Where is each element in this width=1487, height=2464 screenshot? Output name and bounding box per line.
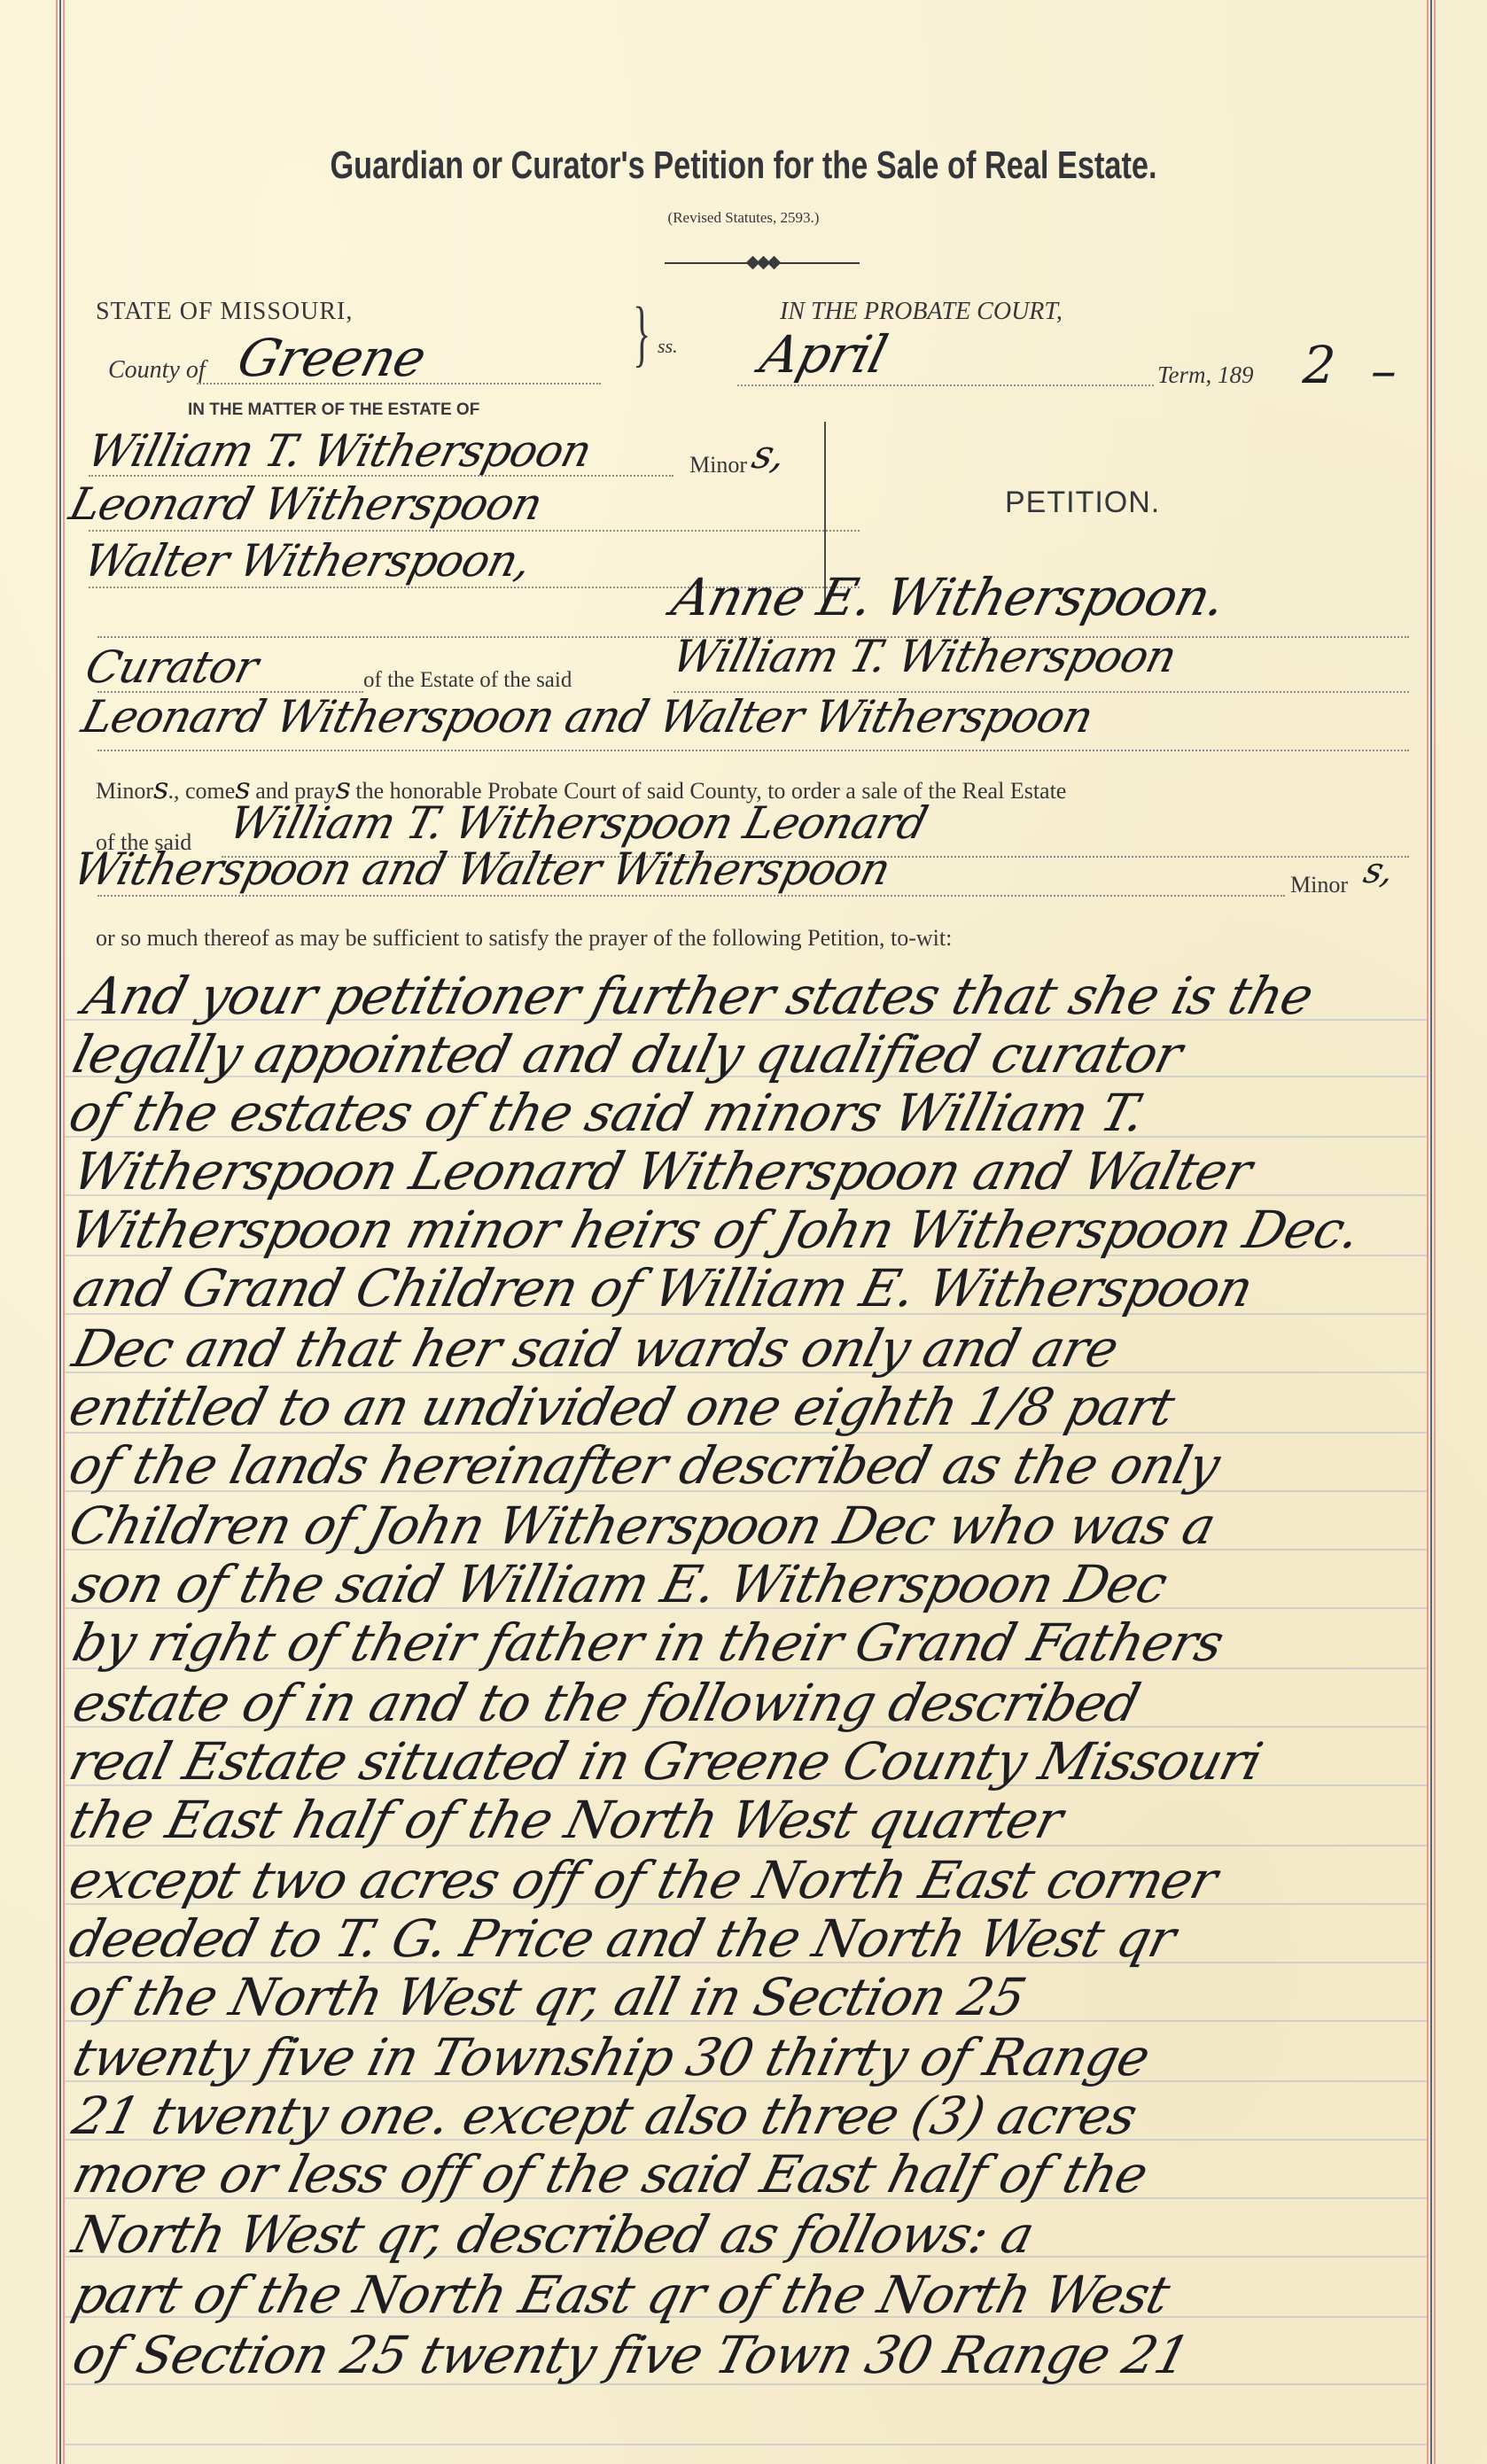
ward-line-2 <box>97 750 1409 751</box>
estate-names-line-2 <box>97 895 1285 897</box>
minor-name-3[interactable]: Walter Witherspoon, <box>79 535 536 587</box>
term-field-line <box>737 385 1154 386</box>
minor-label: Minor <box>689 452 747 478</box>
minor-fill[interactable]: s <box>153 771 167 806</box>
body-line: Witherspoon minor heirs of John Withersp… <box>64 1200 1366 1260</box>
term-month-field[interactable]: April <box>755 324 893 385</box>
body-line: 21 twenty one. except also three (3) acr… <box>67 2086 1143 2146</box>
minor-name-2[interactable]: Leonard Witherspoon <box>65 478 548 530</box>
form-subtitle: (Revised Statutes, 2593.) <box>0 209 1487 227</box>
minor-name-1[interactable]: William T. Witherspoon <box>82 425 596 477</box>
estate-of-said-label: of the Estate of the said <box>363 668 572 693</box>
body-line: Witherspoon Leonard Witherspoon and Walt… <box>67 1141 1257 1201</box>
body-line: of the estates of the said minors Willia… <box>64 1083 1151 1143</box>
ruled-line <box>65 2444 1427 2445</box>
ss-label: ss. <box>658 335 678 358</box>
body-line: And your petitioner further states that … <box>78 966 1320 1026</box>
body-line: Dec and that her said wards only and are <box>67 1318 1125 1379</box>
body-line: more or less off of the said East half o… <box>67 2144 1154 2204</box>
minor-suffix-field[interactable]: s, <box>748 432 790 478</box>
county-field[interactable]: Greene <box>232 328 432 388</box>
body-line: part of the North East qr of the North W… <box>67 2265 1176 2325</box>
minor-label-2: Minor <box>1290 872 1348 898</box>
term-dash: – <box>1365 340 1405 400</box>
sufficient-text: or so much thereof as may be sufficient … <box>96 925 952 952</box>
ward-line-2-field[interactable]: Leonard Witherspoon and Walter Witherspo… <box>77 691 1098 742</box>
role-field[interactable]: Curator <box>81 641 263 693</box>
body-line: of the lands hereinafter described as th… <box>64 1435 1226 1496</box>
minor-name-line <box>89 530 860 532</box>
body-line: twenty five in Township 30 thirty of Ran… <box>67 2027 1156 2087</box>
body-line: son of the said William E. Witherspoon D… <box>67 1554 1173 1614</box>
body-line: North West qr, described as follows: a <box>67 2204 1040 2265</box>
body-line: except two acres off of the North East c… <box>64 1850 1223 1910</box>
body-line: estate of in and to the following descri… <box>67 1673 1146 1733</box>
brace-icon: } <box>633 291 650 377</box>
body-line: and Grand Children of William E. Withers… <box>67 1258 1259 1318</box>
right-margin-rule <box>1427 0 1436 2464</box>
body-line: Children of John Witherspoon Dec who was… <box>64 1496 1221 1556</box>
body-line: real Estate situated in Greene County Mi… <box>64 1731 1268 1792</box>
body-line: legally appointed and duly qualified cur… <box>67 1024 1188 1084</box>
body-line: by right of their father in their Grand … <box>67 1613 1229 1673</box>
county-label: County of <box>108 356 206 385</box>
term-year-field[interactable]: 2 <box>1296 335 1343 395</box>
ornament-divider-icon <box>665 257 860 269</box>
body-line: the East half of the North West quarter <box>64 1790 1069 1850</box>
left-margin-rule <box>56 0 65 2464</box>
estate-names-line-2-field[interactable]: Witherspoon and Walter Witherspoon <box>68 843 895 895</box>
estate-names-line-1-field[interactable]: William T. Witherspoon Leonard <box>224 797 932 849</box>
state-label: STATE OF MISSOURI, <box>96 298 353 326</box>
petition-heading: PETITION. <box>1005 486 1160 520</box>
body-line: of the North West qr, all in Section 25 <box>64 1967 1032 2027</box>
court-label: IN THE PROBATE COURT, <box>780 298 1063 326</box>
body-line: deeded to T. G. Price and the North West… <box>64 1908 1181 1969</box>
term-label: Term, 189 <box>1157 361 1254 389</box>
ward-line-1-field[interactable]: William T. Witherspoon <box>667 631 1181 682</box>
petitioner-name-field[interactable]: Anne E. Witherspoon. <box>666 567 1232 627</box>
body-line: of Section 25 twenty five Town 30 Range … <box>67 2325 1195 2385</box>
matter-label: IN THE MATTER OF THE ESTATE OF <box>188 400 479 420</box>
form-title: Guardian or Curator's Petition for the S… <box>164 144 1324 188</box>
body-line: entitled to an undivided one eighth 1/8 … <box>64 1377 1180 1437</box>
